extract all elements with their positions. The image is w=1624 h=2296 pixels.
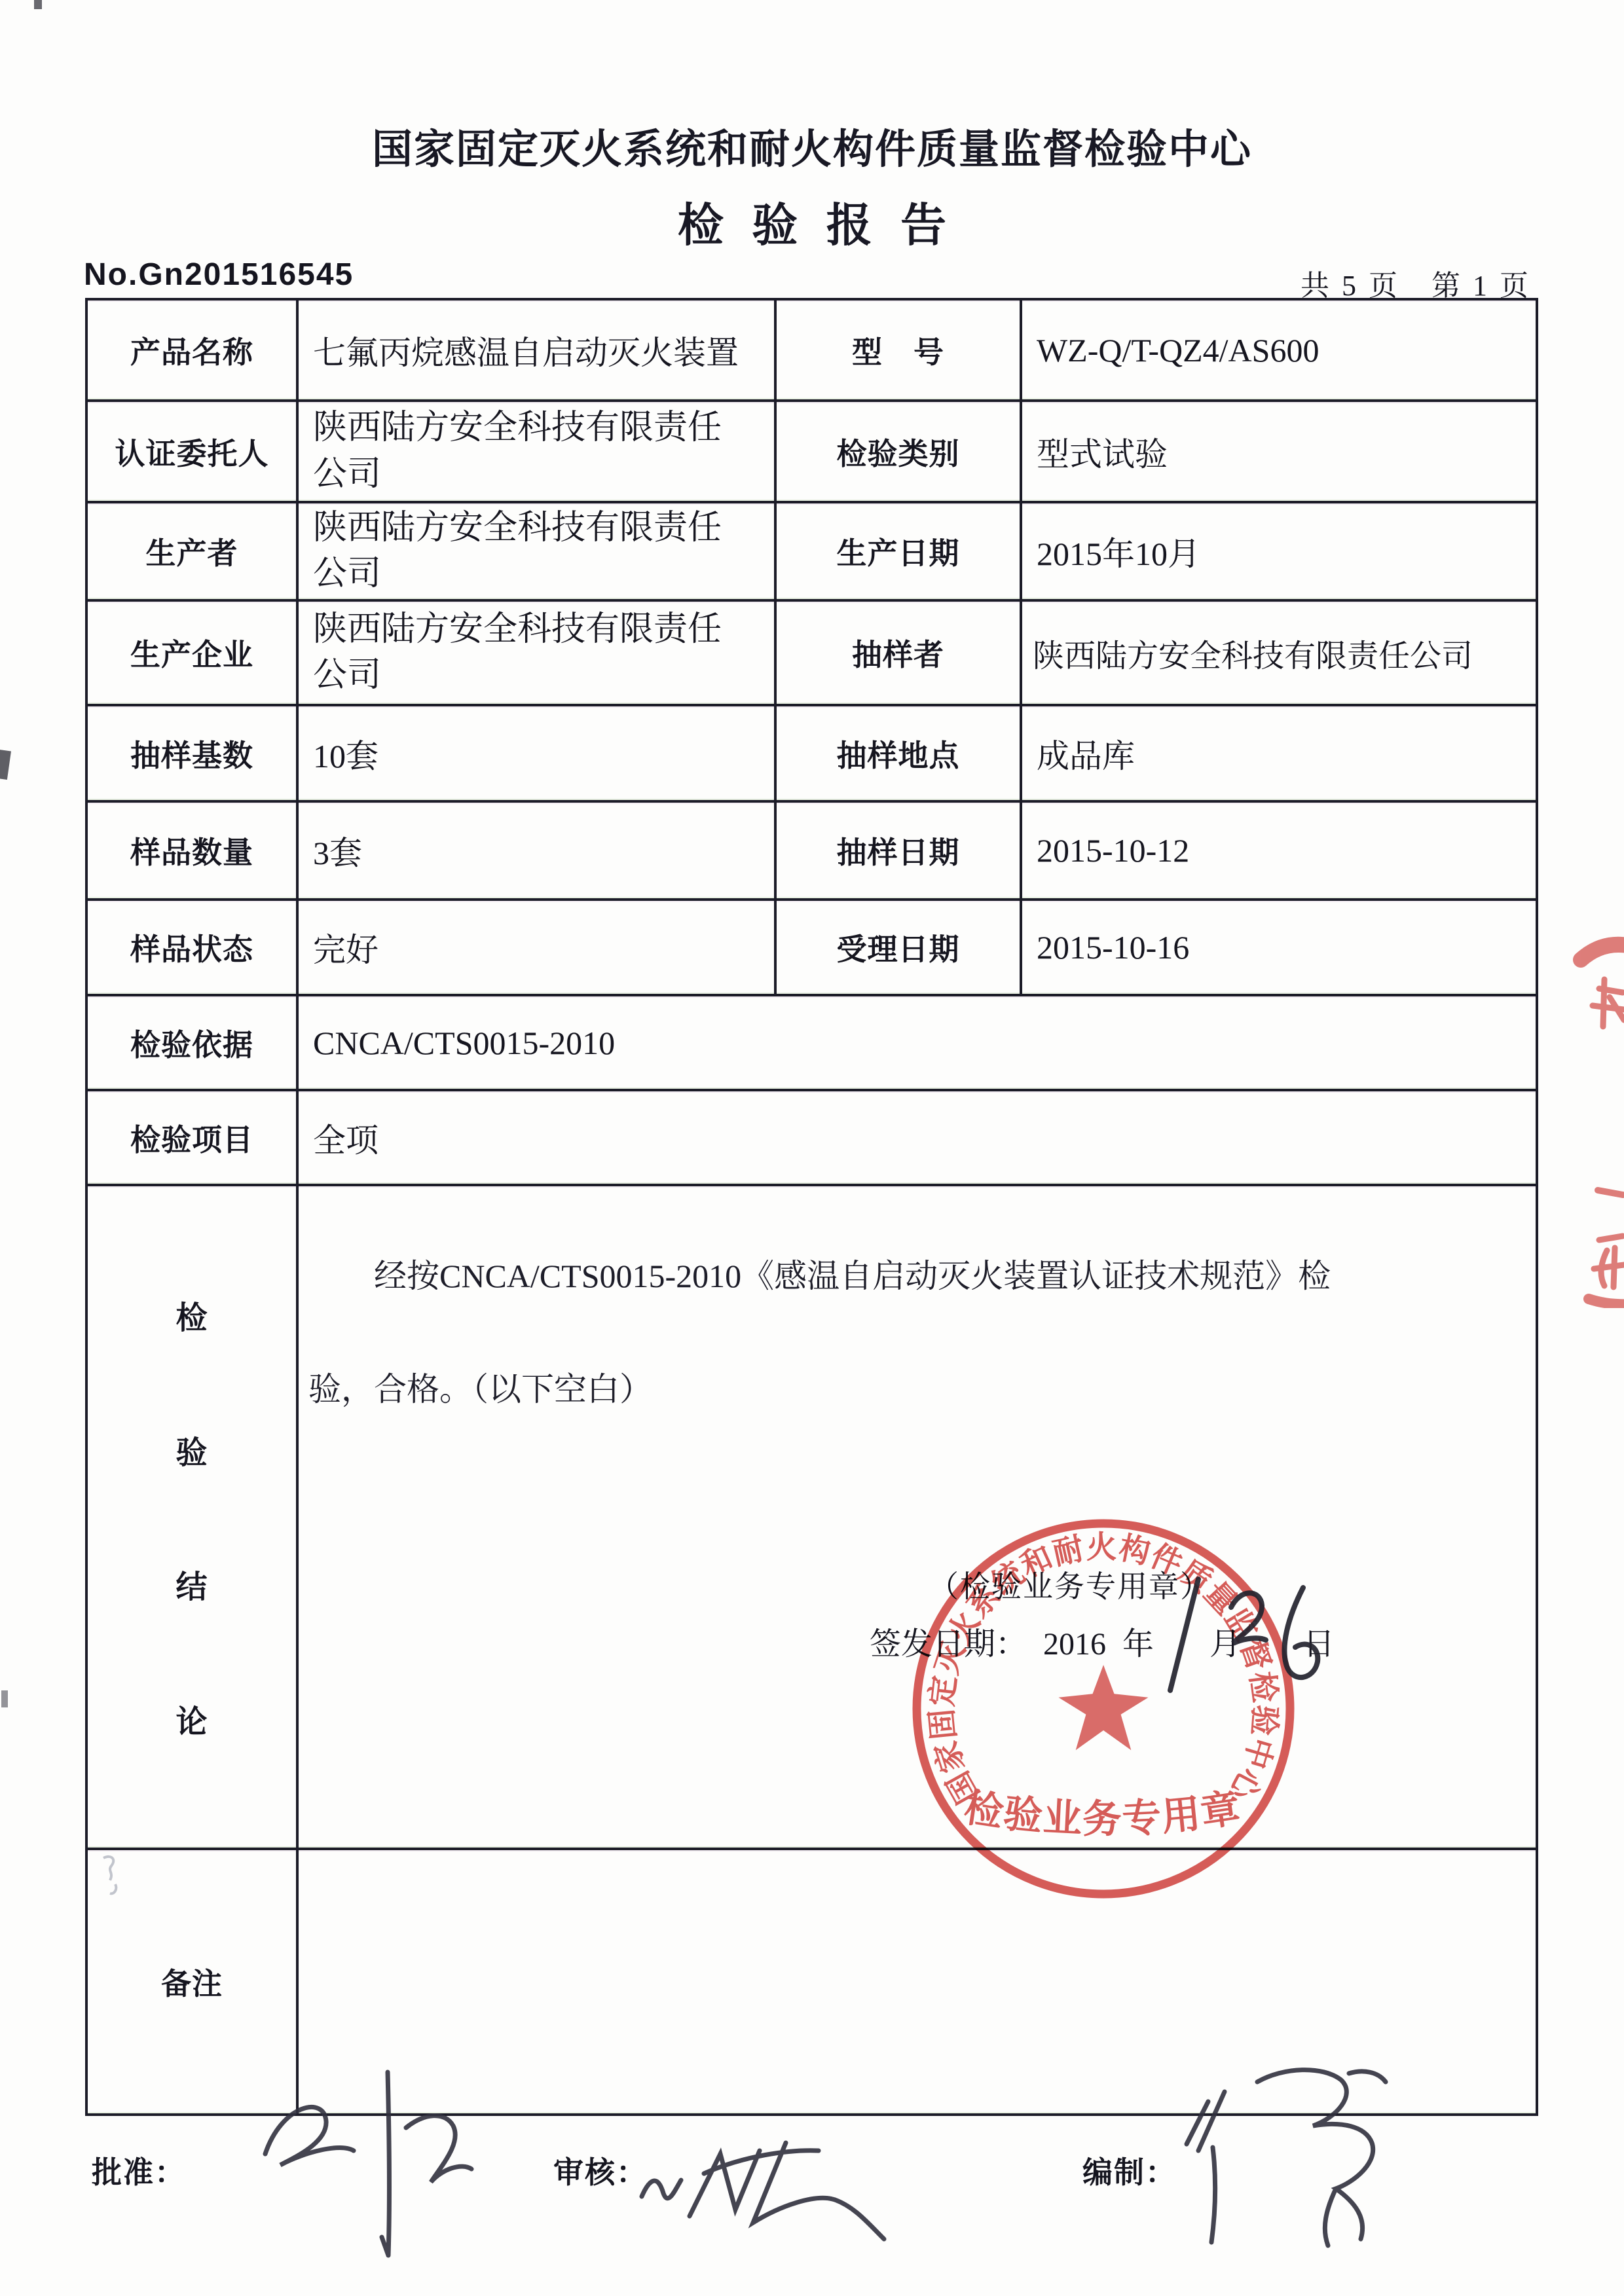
prepare-label: 编制： — [1082, 2149, 1177, 2192]
field-value: CNCA/CTS0015-2010 — [297, 995, 1537, 1090]
conclusion-text: 经按CNCA/CTS0015-2010《感温自启动灭火装置认证技术规范》检验，合… — [308, 1220, 1395, 1446]
field-label: 受理日期 — [775, 900, 1021, 995]
table-row: 样品状态 完好 受理日期 2015-10-16 — [86, 900, 1537, 995]
conclusion-label-char: 论 — [175, 1696, 208, 1741]
table-row: 生产企业 陕西陆方安全科技有限责任公司 抽样者 陕西陆方安全科技有限责任公司 — [86, 600, 1537, 705]
field-label: 产品名称 — [86, 299, 297, 401]
review-signature — [632, 2118, 894, 2262]
field-label: 型 号 — [775, 299, 1021, 401]
conclusion-label-char: 结 — [175, 1561, 208, 1607]
field-value: 成品库 — [1021, 705, 1537, 801]
field-label: 抽样日期 — [775, 801, 1021, 900]
company-name: 陕西陆方安全科技有限责任公司 — [313, 405, 737, 497]
seal-star-icon — [1059, 1665, 1149, 1750]
handwritten-day-digit — [1231, 1593, 1266, 1643]
field-value: 七氟丙烷感温自启动灭火装置 — [297, 299, 775, 401]
field-label: 检验项目 — [86, 1090, 297, 1185]
table-row: 认证委托人 陕西陆方安全科技有限责任公司 检验类别 型式试验 — [86, 401, 1537, 502]
field-value: 完好 — [297, 900, 775, 995]
handwritten-month-digit — [1170, 1579, 1198, 1690]
approve-signature — [249, 2066, 485, 2262]
approve-label: 批准： — [92, 2149, 186, 2192]
report-title: 检验报告 — [0, 189, 1624, 255]
field-value: 2015年10月 — [1021, 502, 1537, 600]
svg-text:检验业务专用章: 检验业务专用章 — [961, 1785, 1244, 1841]
field-value: 全项 — [297, 1090, 1537, 1185]
scan-noise-mark — [0, 750, 11, 780]
company-name: 陕西陆方安全科技有限责任公司 — [313, 607, 737, 699]
field-value: 2015-10-16 — [1021, 900, 1537, 995]
scan-noise-mark — [34, 0, 42, 9]
field-value: 型式试验 — [1021, 401, 1537, 502]
field-label: 认证委托人 — [86, 401, 297, 502]
field-value: 2015-10-12 — [1021, 801, 1537, 900]
table-row: 产品名称 七氟丙烷感温自启动灭火装置 型 号 WZ-Q/T-QZ4/AS600 — [86, 299, 1537, 401]
conclusion-row: 检 验 结 论 经按CNCA/CTS0015-2010《感温自启动灭火装置认证技… — [86, 1185, 1537, 1849]
field-value: WZ-Q/T-QZ4/AS600 — [1021, 299, 1537, 401]
field-label: 生产者 — [86, 502, 297, 600]
company-name: 陕西陆方安全科技有限责任公司 — [313, 505, 737, 597]
report-number: No.Gn201516545 — [84, 257, 354, 293]
field-label: 检验类别 — [775, 401, 1021, 502]
field-value: 陕西陆方安全科技有限责任公司 — [297, 502, 775, 600]
report-table: 产品名称 七氟丙烷感温自启动灭火装置 型 号 WZ-Q/T-QZ4/AS600 … — [85, 298, 1538, 2116]
field-label: 生产企业 — [86, 600, 297, 705]
conclusion-label-char: 验 — [175, 1427, 208, 1472]
field-label: 抽样者 — [775, 600, 1021, 705]
table-row: 生产者 陕西陆方安全科技有限责任公司 生产日期 2015年10月 — [86, 502, 1537, 600]
table-row: 抽样基数 10套 抽样地点 成品库 — [86, 705, 1537, 801]
field-value: 陕西陆方安全科技有限责任公司 — [297, 600, 775, 705]
field-label: 样品数量 — [86, 801, 297, 900]
field-label: 生产日期 — [775, 502, 1021, 600]
field-label: 检验依据 — [86, 995, 297, 1090]
field-value: 陕西陆方安全科技有限责任公司 — [1021, 600, 1537, 705]
org-title: 国家固定灭火系统和耐火构件质量监督检验中心 — [0, 117, 1624, 175]
conclusion-label-char: 检 — [175, 1292, 208, 1338]
scan-noise-mark — [1, 1690, 8, 1707]
prepare-signature — [1172, 2046, 1388, 2262]
field-label: 样品状态 — [86, 900, 297, 995]
field-value: 3套 — [297, 801, 775, 900]
field-label: 抽样地点 — [775, 705, 1021, 801]
partial-stamp-fragment — [1566, 928, 1624, 1308]
conclusion-label-stack: 检 验 结 论 — [88, 1203, 295, 1831]
scanned-inspection-report: 国家固定灭火系统和耐火构件质量监督检验中心 检验报告 No.Gn20151654… — [0, 0, 1624, 2296]
handwritten-date — [1143, 1571, 1339, 1709]
table-row: 样品数量 3套 抽样日期 2015-10-12 — [86, 801, 1537, 900]
conclusion-label: 检 验 结 论 — [86, 1185, 297, 1849]
table-row: 检验项目 全项 — [86, 1090, 1537, 1185]
handwritten-day-digit — [1284, 1588, 1318, 1677]
scan-smudge — [92, 1853, 131, 1899]
seal-bottom-text: 检验业务专用章 — [961, 1785, 1244, 1841]
field-label: 抽样基数 — [86, 705, 297, 801]
table-row: 检验依据 CNCA/CTS0015-2010 — [86, 995, 1537, 1090]
field-value: 10套 — [297, 705, 775, 801]
field-value: 陕西陆方安全科技有限责任公司 — [297, 401, 775, 502]
